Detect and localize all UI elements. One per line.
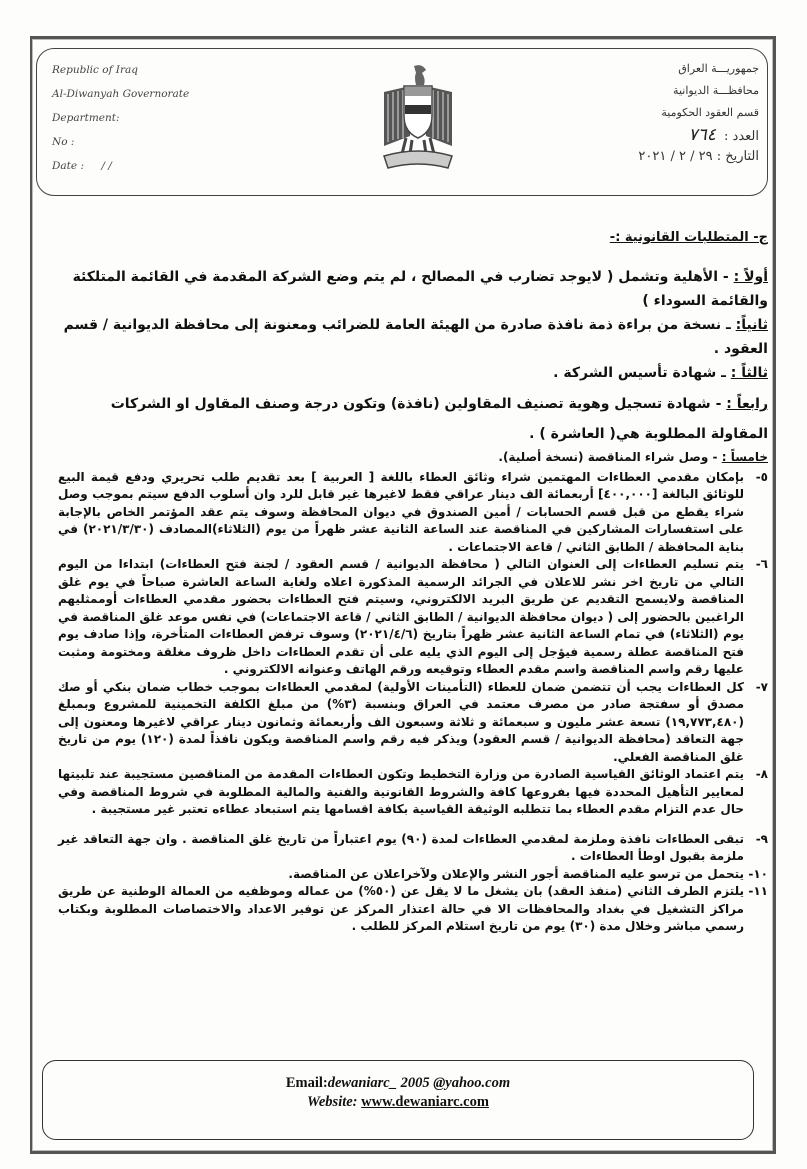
governorate-en: Al-Diwanyah Governorate — [52, 82, 252, 106]
requirement-label: خامساً : — [722, 450, 768, 464]
clause-number: ٧- — [756, 679, 768, 697]
requirement-item: أولاً : - الأهلية وتشمل ( لايوجد تضارب ف… — [58, 265, 768, 313]
requirement-text: - وصل شراء المناقصة (نسخة أصلية). — [498, 450, 717, 464]
department-label-en: Department: — [52, 106, 252, 130]
contact-footer: Email:dewaniarc_ 2005 @yahoo.com Website… — [42, 1060, 754, 1140]
department-ar: قسم العقود الحكومية — [559, 102, 759, 124]
clause-5: ٥- بإمكان مقدمي العطاءات المهتمين شراء و… — [58, 469, 768, 557]
website-row: Website: www.dewaniarc.com — [43, 1093, 753, 1112]
number-label-ar: العدد : — [724, 129, 759, 144]
requirement-item: خامساً : - وصل شراء المناقصة (نسخة أصلية… — [58, 449, 768, 467]
date-row-en: Date : / / — [52, 154, 252, 178]
requirement-label: ثالثاً : — [731, 365, 768, 381]
date-label-en: Date : — [52, 160, 84, 172]
clause-number: ٥- — [756, 469, 768, 487]
clause-text: تبقى العطاءات نافذة وملزمة لمقدمي العطاء… — [58, 832, 744, 864]
requirement-item: ثالثاً : ـ شهادة تأسيس الشركة . — [58, 361, 768, 385]
requirement-label: ثانياً: — [736, 317, 768, 333]
clause-7: ٧- كل العطاءات يجب أن تتضمن ضمان للعطاء … — [58, 679, 768, 767]
governorate-ar: محافظـــة الديوانية — [559, 80, 759, 102]
clause-text: كل العطاءات يجب أن تتضمن ضمان للعطاء (ال… — [58, 680, 744, 764]
clause-number: ٨- — [756, 766, 768, 784]
requirement-item: رابعاً : - شهادة تسجيل وهوية تصنيف المقا… — [58, 389, 768, 449]
requirement-item: ثانياً: ـ نسخة من براءة ذمة نافذة صادرة … — [58, 313, 768, 361]
document-number-value: ٧٦٤ — [688, 125, 715, 145]
email-label: Email: — [286, 1075, 328, 1091]
date-label-ar: التاريخ : — [717, 149, 759, 164]
website-label: Website: — [307, 1094, 357, 1110]
iraq-coat-of-arms-icon — [378, 62, 458, 174]
requirement-label: رابعاً : — [726, 396, 768, 412]
clause-number: ٦- — [756, 556, 768, 574]
document-number-row: العدد : ٧٦٤ — [559, 124, 759, 146]
clause-9: ٩- تبقى العطاءات نافذة وملزمة لمقدمي الع… — [58, 831, 768, 866]
requirement-text: - شهادة تسجيل وهوية تصنيف المقاولين (ناف… — [111, 396, 768, 442]
clause-text: يتم اعتماد الوثائق القياسية الصادرة من و… — [58, 767, 744, 816]
clause-8: ٨- يتم اعتماد الوثائق القياسية الصادرة م… — [58, 766, 768, 819]
clause-6: ٦- يتم تسليم العطاءات إلى العنوان التالي… — [58, 556, 768, 679]
letterhead-arabic: جمهوريـــة العراق محافظـــة الديوانية قس… — [559, 58, 759, 168]
requirement-text: - الأهلية وتشمل ( لايوجد تضارب في المصال… — [73, 269, 768, 309]
website-link[interactable]: www.dewaniarc.com — [361, 1094, 489, 1110]
clause-text: يتحمل من ترسو عليه المناقصة أجور النشر و… — [288, 867, 744, 881]
document-body: ج- المتطلبات القانونية :- أولاً : - الأه… — [58, 228, 768, 936]
requirement-text: ـ نسخة من براءة ذمة نافذة صادرة من الهيئ… — [64, 317, 768, 357]
requirement-label: أولاً : — [734, 269, 768, 285]
letterhead-english: Republic of Iraq Al-Diwanyah Governorate… — [52, 58, 252, 178]
clause-text: يلتزم الطرف الثاني (منفذ العقد) بان يشغل… — [58, 884, 744, 933]
requirement-text: ـ شهادة تأسيس الشركة . — [553, 365, 726, 381]
country-ar: جمهوريـــة العراق — [559, 58, 759, 80]
clause-number: ١٠- — [748, 866, 768, 884]
email-row: Email:dewaniarc_ 2005 @yahoo.com — [43, 1074, 753, 1093]
clause-10: ١٠- يتحمل من ترسو عليه المناقصة أجور الن… — [58, 866, 768, 884]
clause-number: ١١- — [748, 883, 768, 901]
section-title: ج- المتطلبات القانونية :- — [58, 228, 768, 247]
clause-number: ٩- — [756, 831, 768, 849]
clause-text: يتم تسليم العطاءات إلى العنوان التالي ( … — [58, 557, 744, 676]
country-en: Republic of Iraq — [52, 58, 252, 82]
document-date-row: التاريخ : ٢٩ / ٢ / ٢٠٢١ — [559, 146, 759, 168]
number-label-en: No : — [52, 130, 252, 154]
clause-11: ١١- يلتزم الطرف الثاني (منفذ العقد) بان … — [58, 883, 768, 936]
clause-text: بإمكان مقدمي العطاءات المهتمين شراء وثائ… — [58, 470, 744, 554]
document-date-value: ٢٩ / ٢ / ٢٠٢١ — [638, 149, 712, 164]
email-link[interactable]: dewaniarc_ 2005 @yahoo.com — [328, 1075, 510, 1091]
date-value-en: / / — [101, 160, 111, 172]
